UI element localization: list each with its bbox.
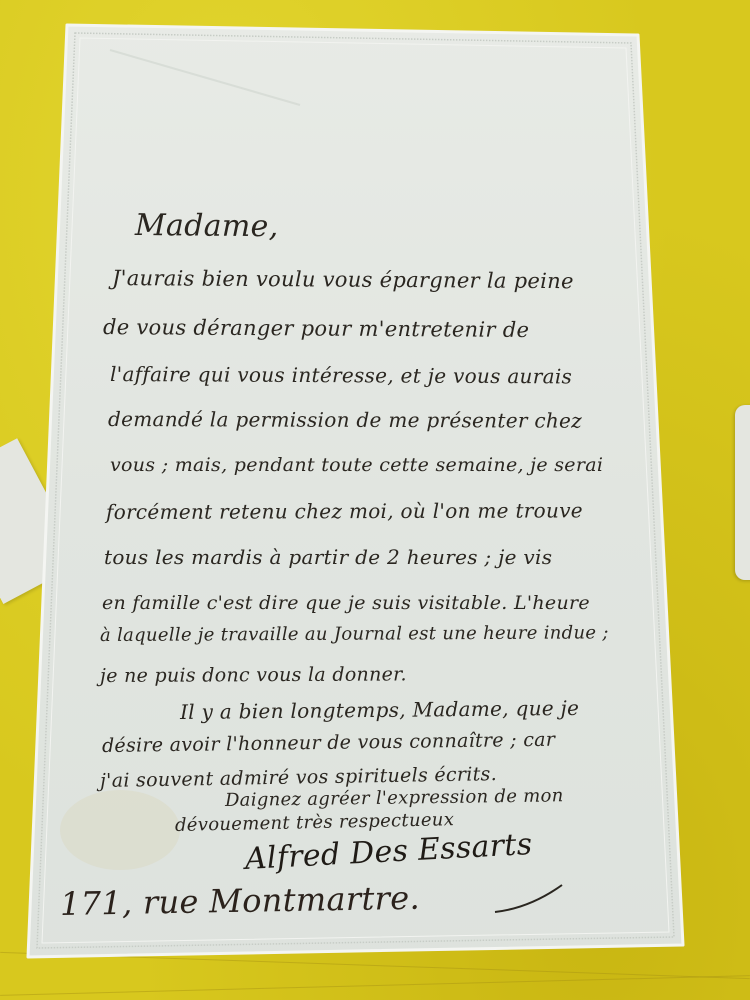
letter-line: Il y a bien longtemps, Madame, que je [180, 696, 579, 724]
letter-line: l'affaire qui vous intéresse, et je vous… [110, 362, 572, 388]
adjacent-paper-right [735, 405, 750, 580]
letter-line: forcément retenu chez moi, où l'on me tr… [106, 498, 583, 524]
letter-line: J'aurais bien voulu vous épargner la pei… [112, 266, 574, 293]
letter-line: demandé la permission de me présenter ch… [108, 407, 582, 433]
letter-line: vous ; mais, pendant toute cette semaine… [110, 454, 603, 476]
letter-line-underlined: tous les mardis à partir de 2 heures ; j… [104, 545, 552, 569]
letter-line: à laquelle je travaille au Journal est u… [100, 622, 609, 646]
letter-line-underlined: en famille c'est dire que je suis visita… [102, 592, 590, 614]
letter-line-rest: . L'heure [501, 592, 590, 614]
underlined-phrase: tous les mardis [104, 545, 263, 569]
underlined-phrase: visitable [417, 592, 501, 614]
signature-flourish [490, 880, 570, 920]
letter-line: je ne puis donc vous la donner. [100, 663, 407, 687]
background-crease [0, 975, 750, 996]
address: 171, rue Montmartre. [60, 879, 421, 923]
letter-line-rest: à partir de 2 heures ; je vis [263, 545, 552, 569]
letter-line: de vous déranger pour m'entretenir de [103, 315, 529, 342]
background-crease [0, 952, 750, 979]
salutation: Madame, [135, 208, 279, 244]
letter-line-start: en famille c'est dire que je suis [102, 592, 417, 614]
